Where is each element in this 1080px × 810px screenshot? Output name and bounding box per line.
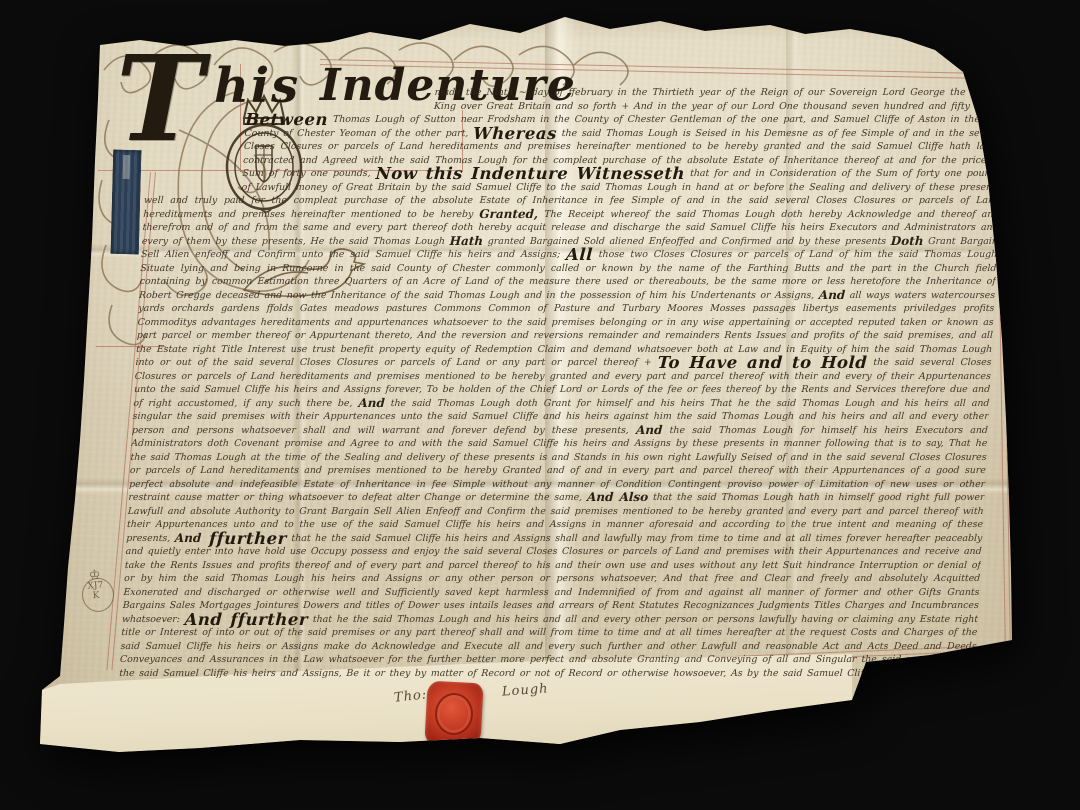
heading-wrap-spacer-2 [144,113,245,194]
deed-run: made the Ninth ~ day of ffebruary in the… [434,87,1006,112]
deed-run: Doth [890,234,923,248]
deed-run: Between [245,110,329,129]
deed-run: All [566,245,594,264]
deed-run: Whereas [473,124,558,143]
deed-run: Hath [449,234,483,248]
deed-run: Granted, [479,207,539,221]
heading-wrap-spacer-1 [149,86,435,113]
deed-run: To Have and to Hold [657,353,868,372]
deed-run: And [358,396,385,410]
deed-run: And [819,288,846,302]
deed-run: granted Bargained Sold aliened Enfeoffed… [483,236,891,247]
right-margin-rule [996,86,1006,642]
deed-run: And [636,423,663,437]
deed-run: Now this Indenture Witnesseth [375,164,685,183]
deed-text: made the Ninth ~ day of ffebruary in the… [119,86,1006,678]
photo-stage: T his Indenture ♔ XJ7 K made the Ninth ~… [0,0,1080,810]
duty-stamp: ♔ XJ7 K [70,568,121,621]
ribbon-tag [111,150,142,255]
parchment-sheet: T his Indenture ♔ XJ7 K made the Ninth ~… [0,0,1080,810]
parchment-shadow: T his Indenture ♔ XJ7 K made the Ninth ~… [0,0,1080,810]
deed-run: And ffurther [184,610,308,629]
deed-run: And [175,531,202,545]
wax-seal [424,681,483,748]
deed-run: And Also [587,490,649,504]
deed-run: ffurther [201,529,288,548]
